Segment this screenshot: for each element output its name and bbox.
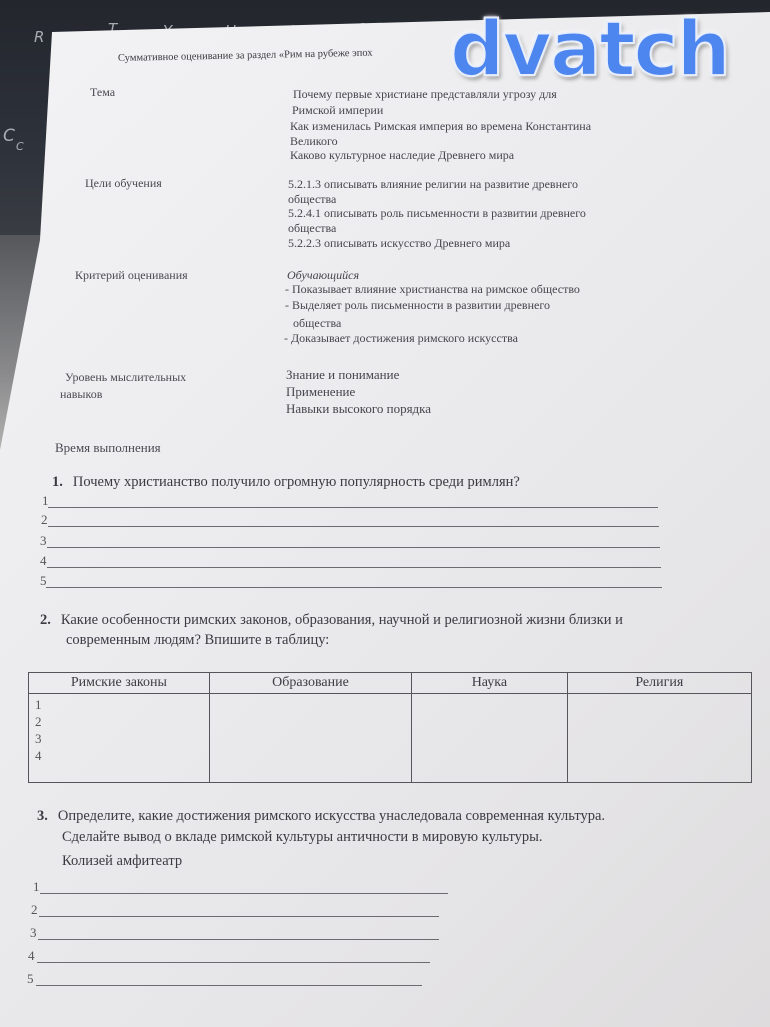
document-header: Суммативное оценивание за раздел «Рим на… [118, 48, 373, 64]
question-1-text: Почему христианство получило огромную по… [73, 474, 520, 490]
answer-line[interactable] [48, 507, 658, 508]
key-c: C [3, 126, 15, 146]
table-header-laws: Римские законы [29, 673, 210, 694]
answer-line-number: 4 [40, 553, 47, 569]
key-r: R [34, 28, 44, 46]
skills-label-line-2: навыков [60, 387, 102, 402]
time-label: Время выполнения [55, 440, 161, 456]
answer-line[interactable] [39, 916, 439, 917]
watermark-logo: dvatch [450, 4, 729, 93]
criteria-line-4: - Доказывает достижения римского искусст… [284, 331, 518, 346]
table-row: 1 2 3 4 [29, 694, 752, 783]
criteria-label: Критерий оценивания [75, 268, 188, 283]
answer-line[interactable] [36, 985, 422, 986]
question-2-table: Римские законы Образование Наука Религия… [28, 672, 752, 783]
table-header-education: Образование [209, 673, 411, 694]
answer-line[interactable] [40, 893, 448, 894]
table-cell-education[interactable] [209, 694, 411, 783]
question-2-text-line-2: современным людям? Впишите в таблицу: [66, 632, 329, 649]
table-row-number: 4 [35, 747, 203, 764]
topic-line-5: Каково культурное наследие Древнего мира [290, 148, 514, 163]
question-3-text-line-3: Колизей амфитеатр [62, 853, 182, 870]
answer-line-number: 4 [28, 948, 35, 964]
topic-label: Тема [90, 85, 115, 100]
goal-line-2: общества [288, 192, 336, 207]
skills-line-1: Знание и понимание [286, 367, 399, 382]
topic-line-3: Как изменилась Римская империя во времен… [290, 119, 591, 134]
answer-line-number: 1 [33, 879, 40, 895]
question-2: 2.Какие особенности римских законов, обр… [40, 612, 623, 629]
criteria-intro: Обучающийся [287, 268, 359, 283]
question-3-number: 3. [37, 808, 48, 824]
answer-line[interactable] [38, 939, 439, 940]
goal-line-4: общества [288, 221, 336, 236]
answer-line[interactable] [46, 587, 662, 588]
answer-line[interactable] [47, 567, 661, 568]
answer-line-number: 2 [31, 902, 38, 918]
table-cell-laws[interactable]: 1 2 3 4 [29, 694, 210, 783]
worksheet-paper: Суммативное оценивание за раздел «Рим на… [0, 0, 770, 1027]
table-row-number: 3 [35, 730, 203, 747]
question-3-text-line-2: Сделайте вывод о вкладе римской культуры… [62, 829, 543, 846]
question-3-text-line-1: Определите, какие достижения римского ис… [58, 808, 605, 824]
table-row-number: 1 [35, 696, 203, 713]
goal-line-5: 5.2.2.3 описывать искусство Древнего мир… [288, 236, 510, 251]
question-2-text-line-1: Какие особенности римских законов, образ… [61, 612, 623, 628]
topic-line-4: Великого [290, 134, 338, 149]
table-cell-science[interactable] [412, 694, 567, 783]
table-header-religion: Религия [567, 673, 751, 694]
table-header-science: Наука [412, 673, 567, 694]
answer-line-number: 5 [27, 971, 34, 987]
answer-line[interactable] [48, 526, 659, 527]
skills-label-line-1: Уровень мыслительных [65, 370, 186, 385]
criteria-line-2: - Выделяет роль письменности в развитии … [285, 298, 550, 313]
skills-line-2: Применение [286, 384, 355, 399]
answer-line-number: 3 [40, 533, 47, 549]
table-cell-religion[interactable] [567, 694, 751, 783]
topic-line-2: Римской империи [292, 103, 383, 118]
answer-line[interactable] [47, 547, 660, 548]
table-row-number: 2 [35, 713, 203, 730]
criteria-line-3: общества [293, 316, 341, 331]
answer-line[interactable] [37, 962, 430, 963]
goals-label: Цели обучения [85, 176, 162, 191]
skills-line-3: Навыки высокого порядка [286, 401, 431, 416]
key-c-small: C [16, 140, 24, 153]
goal-line-1: 5.2.1.3 описывать влияние религии на раз… [288, 177, 578, 192]
question-1: 1.Почему христианство получило огромную … [52, 474, 520, 491]
answer-line-number: 2 [41, 512, 48, 528]
question-1-number: 1. [52, 474, 63, 490]
question-3: 3.Определите, какие достижения римского … [37, 808, 605, 825]
question-2-number: 2. [40, 612, 51, 628]
answer-line-number: 3 [30, 925, 37, 941]
criteria-line-1: - Показывает влияние христианства на рим… [285, 282, 580, 297]
goal-line-3: 5.2.4.1 описывать роль письменности в ра… [288, 206, 586, 221]
